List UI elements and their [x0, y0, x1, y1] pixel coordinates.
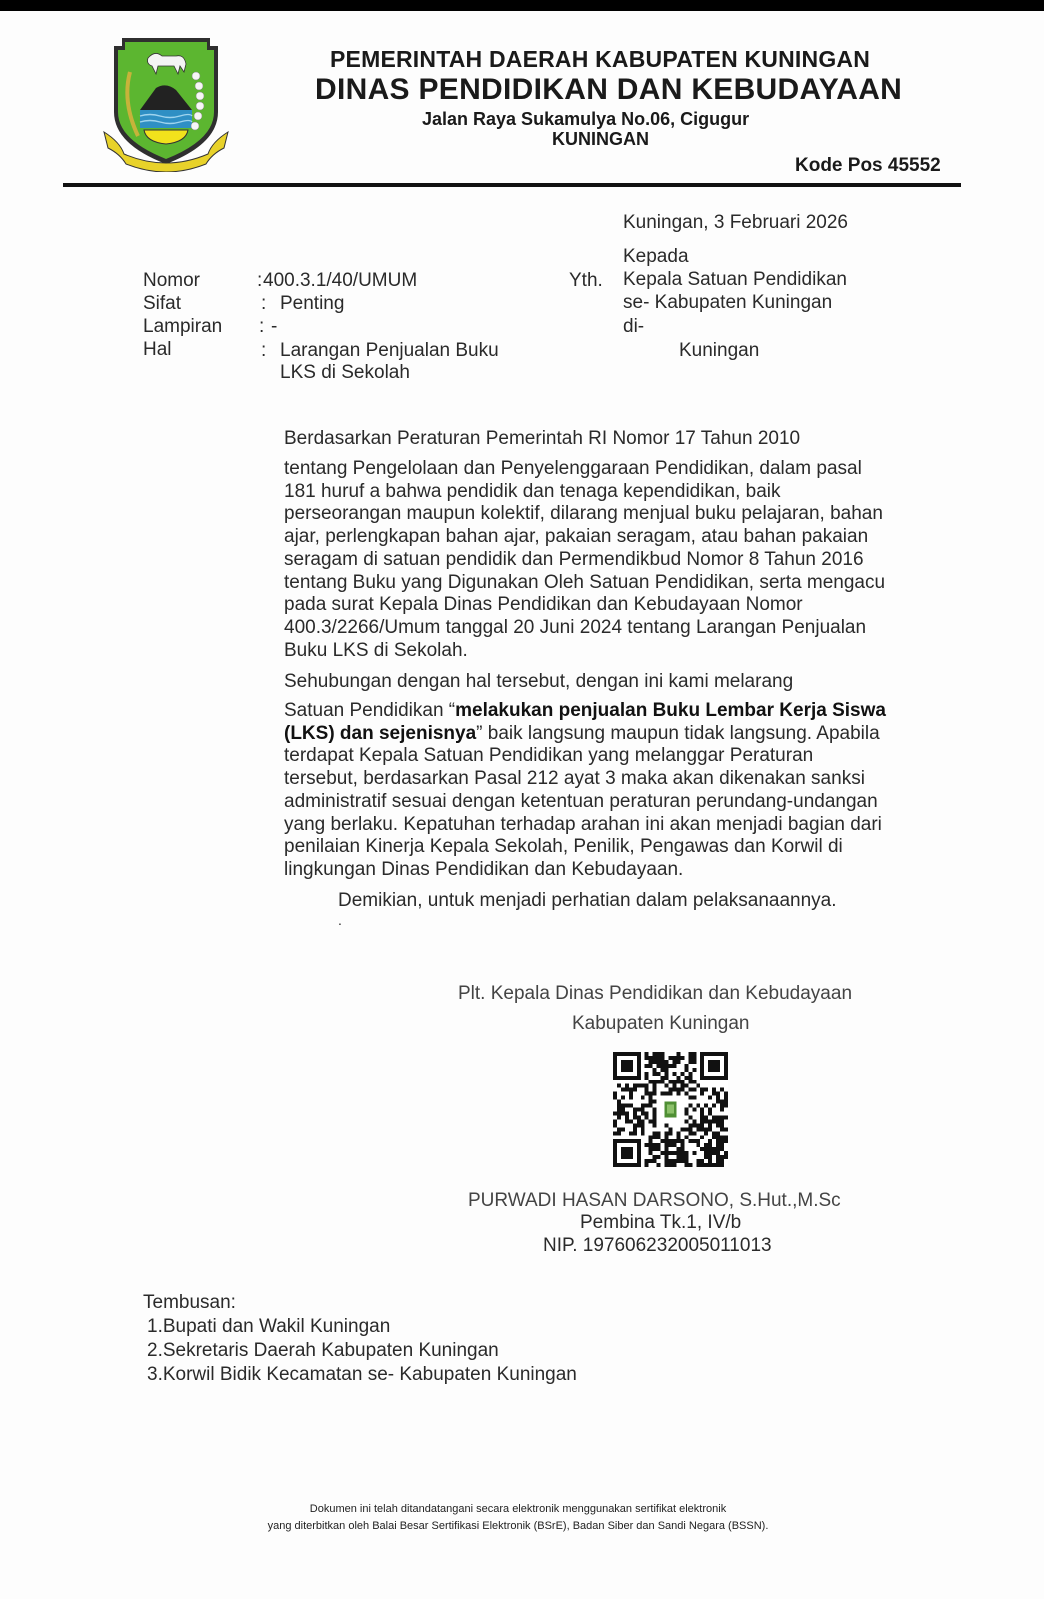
coat-of-arms-logo-icon	[100, 32, 232, 172]
meta-value-hal-line2: LKS di Sekolah	[280, 362, 410, 384]
letterhead-address: Jalan Raya Sukamulya No.06, Cigugur	[422, 109, 749, 130]
body-line: tentang Buku yang Digunakan Oleh Satuan …	[284, 572, 924, 595]
top-bar	[0, 0, 1044, 11]
body-line: 400.3/2266/Umum tanggal 20 Juni 2024 ten…	[284, 617, 924, 640]
recipient-city: Kuningan	[679, 340, 759, 362]
letterhead-postal-code: Kode Pos 45552	[795, 155, 941, 177]
body-line: penilaian Kinerja Kepala Sekolah, Penili…	[284, 836, 924, 859]
body-line: (LKS) dan sejenisnya” baik langsung maup…	[284, 723, 924, 746]
signatory-nip: NIP. 197606232005011013	[543, 1235, 772, 1257]
signatory-title: Plt. Kepala Dinas Pendidikan dan Kebuday…	[458, 983, 852, 1005]
signatory-rank: Pembina Tk.1, IV/b	[580, 1212, 741, 1234]
meta-label-nomor: Nomor	[143, 270, 200, 292]
cc-item: 1.Bupati dan Wakil Kuningan	[147, 1316, 390, 1338]
emphasis-prohibition: melakukan penjualan Buku Lembar Kerja Si…	[455, 700, 886, 721]
body-line: Satuan Pendidikan “melakukan penjualan B…	[284, 700, 924, 723]
signature-qr-code-icon[interactable]	[613, 1052, 728, 1167]
meta-value-sifat: Penting	[280, 293, 344, 315]
meta-sep-nomor: :	[257, 270, 262, 292]
letterhead-city: KUNINGAN	[552, 129, 649, 150]
stray-dot: .	[338, 912, 342, 928]
meta-label-lampiran: Lampiran	[143, 316, 222, 338]
e-signature-notice-line1: Dokumen ini telah ditandatangani secara …	[0, 1503, 1040, 1515]
letterhead-divider	[63, 183, 961, 187]
cc-item: 3.Korwil Bidik Kecamatan se- Kabupaten K…	[147, 1364, 577, 1386]
meta-value-lampiran: -	[271, 316, 277, 338]
recipient-line1: Kepala Satuan Pendidikan	[623, 269, 847, 291]
meta-label-hal: Hal	[143, 339, 172, 361]
body-line: Buku LKS di Sekolah.	[284, 640, 924, 663]
letter-date: Kuningan, 3 Februari 2026	[623, 212, 848, 234]
body-line: 181 huruf a bahwa pendidik dan tenaga ke…	[284, 481, 924, 504]
recipient-kepada: Kepada	[623, 246, 689, 268]
body-line: seragam di satuan pendidik dan Permendik…	[284, 549, 924, 572]
body-line: pada surat Kepala Dinas Pendidikan dan K…	[284, 594, 924, 617]
closing-sentence: Demikian, untuk menjadi perhatian dalam …	[338, 890, 837, 912]
body-line: ajar, perlengkapan bahan ajar, pakaian s…	[284, 526, 924, 549]
body-line: perseorangan maupun kolektif, dilarang m…	[284, 503, 924, 526]
body-line: yang berlaku. Kepatuhan terhadap arahan …	[284, 814, 924, 837]
emphasis-prohibition-cont: (LKS) dan sejenisnya	[284, 723, 476, 744]
letterhead-agency: DINAS PENDIDIKAN DAN KEBUDAYAAN	[315, 73, 902, 107]
signatory-region: Kabupaten Kuningan	[572, 1013, 750, 1035]
body-line: tersebut, berdasarkan Pasal 212 ayat 3 m…	[284, 768, 924, 791]
signatory-name: PURWADI HASAN DARSONO, S.Hut.,M.Sc	[468, 1190, 841, 1212]
cc-heading: Tembusan:	[143, 1292, 236, 1314]
recipient-line3: di-	[623, 316, 644, 338]
body-line: lingkungan Dinas Pendidikan dan Kebudaya…	[284, 859, 924, 882]
body-line: administratif sesuai dengan ketentuan pe…	[284, 791, 924, 814]
body-paragraph-1: tentang Pengelolaan dan Penyelenggaraan …	[284, 458, 924, 662]
meta-sep-hal: :	[261, 340, 266, 362]
body-paragraph-2: Satuan Pendidikan “melakukan penjualan B…	[284, 700, 924, 882]
meta-sep-sifat: :	[261, 293, 266, 315]
e-signature-notice-line2: yang diterbitkan oleh Balai Besar Sertif…	[0, 1520, 1040, 1532]
body-p2-first-line: Sehubungan dengan hal tersebut, dengan i…	[284, 671, 793, 693]
meta-sep-lampiran: :	[259, 316, 264, 338]
meta-value-nomor: 400.3.1/40/UMUM	[263, 270, 417, 292]
letterhead-government: PEMERINTAH DAERAH KABUPATEN KUNINGAN	[330, 46, 870, 73]
body-line: tentang Pengelolaan dan Penyelenggaraan …	[284, 458, 924, 481]
body-line: terdapat Kepala Satuan Pendidikan yang m…	[284, 745, 924, 768]
meta-value-hal: Larangan Penjualan Buku	[280, 340, 499, 362]
body-p1-first-line: Berdasarkan Peraturan Pemerintah RI Nomo…	[284, 428, 800, 450]
recipient-line2: se- Kabupaten Kuningan	[623, 292, 832, 314]
recipient-yth: Yth.	[569, 270, 603, 292]
meta-label-sifat: Sifat	[143, 293, 181, 315]
cc-item: 2.Sekretaris Daerah Kabupaten Kuningan	[147, 1340, 499, 1362]
